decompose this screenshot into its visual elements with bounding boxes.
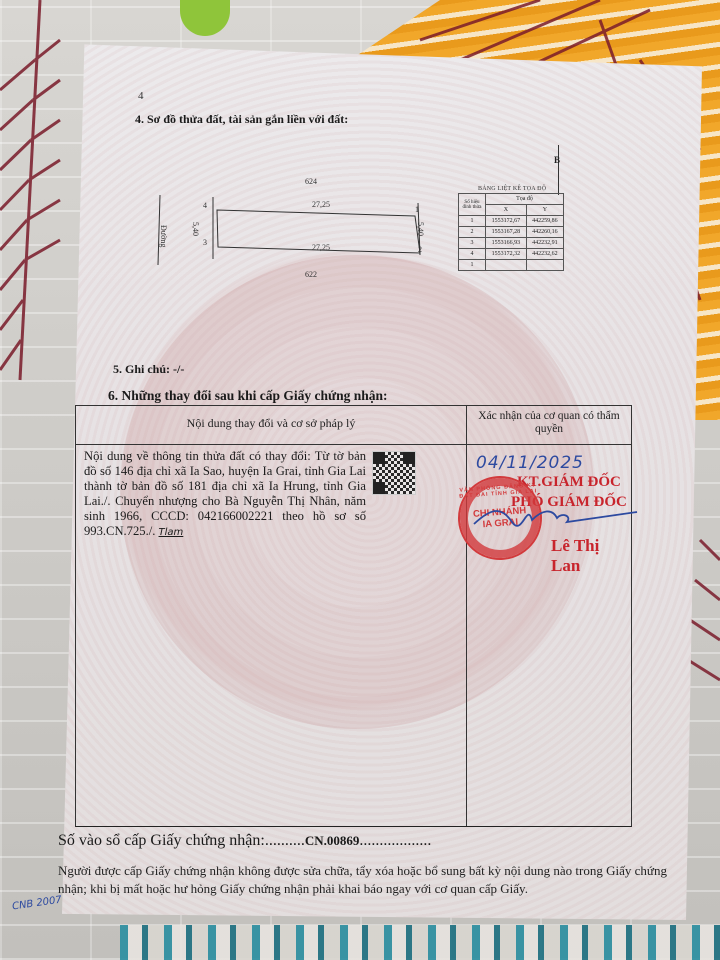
section4-title: 4. Sơ đồ thửa đất, tài sản gắn liền với … xyxy=(135,112,348,127)
coordinate-cell-y: 442259,86 xyxy=(526,216,563,227)
corner-1: 1 xyxy=(415,205,419,214)
header-divider xyxy=(76,444,631,445)
header-y: Y xyxy=(526,205,563,216)
book-number-value: CN.00869 xyxy=(305,833,360,848)
usage-notice: Người được cấp Giấy chứng nhận không đượ… xyxy=(58,862,678,898)
road-label: Đường xyxy=(159,225,168,247)
bottom-edge-length: 27,25 xyxy=(312,243,330,252)
header-x: X xyxy=(486,205,527,216)
top-edge-length: 27,25 xyxy=(312,200,330,209)
coordinate-table: Số hiệu đỉnh thửa Tọa độ X Y 11553172,67… xyxy=(458,193,564,271)
coordinate-cell-y xyxy=(526,260,563,271)
coordinate-row: 21553167,28442260,16 xyxy=(459,227,564,238)
change-entry-text: Nội dung về thông tin thửa đất có thay đ… xyxy=(84,449,366,538)
coordinate-table-title: BẢNG LIỆT KÊ TỌA ĐỘ xyxy=(478,186,546,192)
confirm-column-header: Xác nhận của cơ quan có thẩm quyền xyxy=(468,410,630,436)
coordinate-cell-point: 3 xyxy=(459,238,486,249)
north-label: B xyxy=(554,155,560,165)
column-divider xyxy=(466,406,467,826)
coordinate-row: 41553172,32442232,62 xyxy=(459,249,564,260)
north-arrow xyxy=(558,145,559,195)
initials: Tlam xyxy=(159,527,184,538)
coordinate-cell-y: 442260,16 xyxy=(526,227,563,238)
coordinate-row: 1 xyxy=(459,260,564,271)
approval-date: 04/11/2025 xyxy=(476,453,584,473)
signature xyxy=(472,502,642,532)
coordinate-cell-x: 1553172,67 xyxy=(486,216,527,227)
coordinate-cell-point: 1 xyxy=(459,260,486,271)
coordinate-cell-x: 1553172,32 xyxy=(486,249,527,260)
qr-code[interactable] xyxy=(372,451,416,495)
right-edge-length: 5,40 xyxy=(416,222,425,236)
stray-mark: 4 xyxy=(138,90,144,102)
coordinate-row: 11553172,67442259,86 xyxy=(459,216,564,227)
coordinate-cell-point: 1 xyxy=(459,216,486,227)
coordinate-cell-x: 1553167,28 xyxy=(486,227,527,238)
corner-3: 3 xyxy=(203,238,207,247)
left-edge-length: 5,40 xyxy=(191,222,200,236)
book-number-label: Số vào sổ cấp Giấy chứng nhận: xyxy=(58,832,265,849)
stamp-ring-text: VĂN PHÒNG ĐĂNG KÝ ĐẤT ĐAI TỈNH GIA LAI xyxy=(458,482,539,500)
section6-title: 6. Những thay đổi sau khi cấp Giấy chứng… xyxy=(108,388,388,404)
corner-4: 4 xyxy=(203,201,207,210)
coordinate-cell-point: 4 xyxy=(459,249,486,260)
section5-title: 5. Ghi chú: -/- xyxy=(113,362,184,377)
signer-name: Lê Thị Lan xyxy=(551,536,631,576)
content-column-header: Nội dung thay đổi và cơ sở pháp lý xyxy=(76,416,466,431)
corner-2: 2 xyxy=(418,245,422,254)
coordinate-cell-y: 442232,62 xyxy=(526,249,563,260)
neighbor-top: 624 xyxy=(305,177,317,186)
change-entry-content: Nội dung về thông tin thửa đất có thay đ… xyxy=(84,449,366,540)
certificate-page: 4 4. Sơ đồ thửa đất, tài sản gắn liền vớ… xyxy=(0,0,720,960)
coordinate-row: 31553166,93442232,91 xyxy=(459,238,564,249)
book-number: Số vào sổ cấp Giấy chứng nhận:..........… xyxy=(58,832,431,850)
changes-table: Nội dung thay đổi và cơ sở pháp lý Xác n… xyxy=(75,405,632,827)
handwritten-note: CNB 2007 xyxy=(11,895,62,913)
header-point: Số hiệu đỉnh thửa xyxy=(459,194,486,216)
coordinate-cell-x: 1553166,93 xyxy=(486,238,527,249)
coordinate-cell-point: 2 xyxy=(459,227,486,238)
header-coord: Tọa độ xyxy=(486,194,564,205)
coordinate-cell-x xyxy=(486,260,527,271)
plot-shape xyxy=(145,175,445,285)
neighbor-bottom: 622 xyxy=(305,270,317,279)
coordinate-cell-y: 442232,91 xyxy=(526,238,563,249)
